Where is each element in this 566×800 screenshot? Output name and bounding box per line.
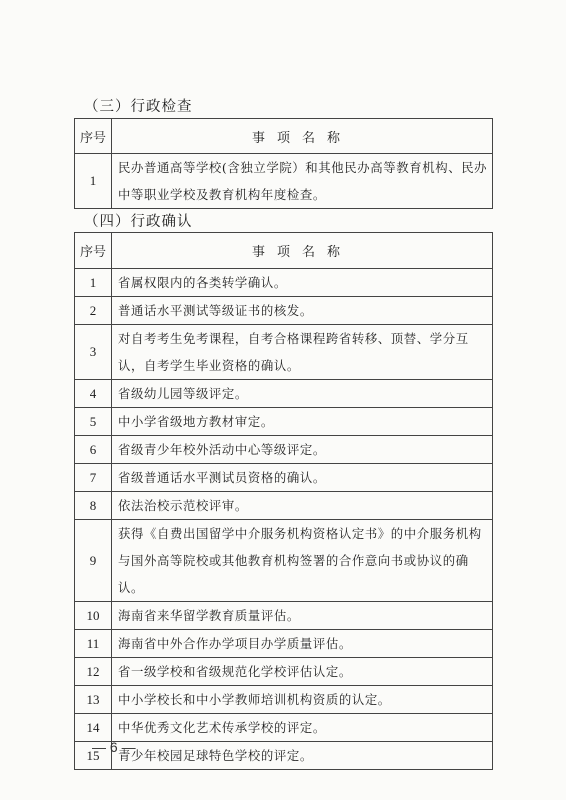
table-row: 5 中小学省级地方教材审定。 <box>75 408 493 436</box>
table-header-row: 序号 事项名称 <box>75 119 493 154</box>
row-number: 6 <box>75 436 112 464</box>
row-number: 14 <box>75 714 112 742</box>
table-row: 13 中小学校长和中小学教师培训机构资质的认定。 <box>75 686 493 714</box>
table-row: 10 海南省来华留学教育质量评估。 <box>75 602 493 630</box>
row-item-name: 中华优秀文化艺术传承学校的评定。 <box>112 714 493 742</box>
row-number: 2 <box>75 297 112 325</box>
row-number: 9 <box>75 520 112 602</box>
table-row: 3 对自考考生免考课程，自考合格课程跨省转移、顶替、学分互认，自考学生毕业资格的… <box>75 325 493 380</box>
section-title-administrative-confirmation: （四）行政确认 <box>84 210 193 231</box>
document-page: （三）行政检查 序号 事项名称 1 民办普通高等学校(含独立学院）和其他民办高等… <box>0 0 566 800</box>
section-title-administrative-inspection: （三）行政检查 <box>84 95 193 116</box>
table-header-row: 序号 事项名称 <box>75 233 493 269</box>
row-number: 4 <box>75 380 112 408</box>
column-header-number: 序号 <box>75 233 112 269</box>
table-row: 6 省级青少年校外活动中心等级评定。 <box>75 436 493 464</box>
row-number: 13 <box>75 686 112 714</box>
row-number: 10 <box>75 602 112 630</box>
row-item-name: 青少年校园足球特色学校的评定。 <box>112 742 493 770</box>
administrative-confirmation-table: 序号 事项名称 1 省属权限内的各类转学确认。 2 普通话水平测试等级证书的核发… <box>74 232 493 770</box>
row-item-name: 中小学省级地方教材审定。 <box>112 408 493 436</box>
column-header-item-name: 事项名称 <box>112 119 493 154</box>
row-item-name: 省级普通话水平测试员资格的确认。 <box>112 464 493 492</box>
table-row: 15 青少年校园足球特色学校的评定。 <box>75 742 493 770</box>
row-item-name: 对自考考生免考课程，自考合格课程跨省转移、顶替、学分互认，自考学生毕业资格的确认… <box>112 325 493 380</box>
table-row: 7 省级普通话水平测试员资格的确认。 <box>75 464 493 492</box>
table-row: 1 民办普通高等学校(含独立学院）和其他民办高等教育机构、民办中等职业学校及教育… <box>75 154 493 209</box>
column-header-item-name: 事项名称 <box>112 233 493 269</box>
row-item-name: 省属权限内的各类转学确认。 <box>112 269 493 297</box>
row-number: 3 <box>75 325 112 380</box>
table-row: 14 中华优秀文化艺术传承学校的评定。 <box>75 714 493 742</box>
table-row: 8 依法治校示范校评审。 <box>75 492 493 520</box>
administrative-inspection-table: 序号 事项名称 1 民办普通高等学校(含独立学院）和其他民办高等教育机构、民办中… <box>74 118 493 209</box>
row-item-name: 获得《自费出国留学中介服务机构资格认定书》的中介服务机构与国外高等院校或其他教育… <box>112 520 493 602</box>
table-row: 12 省一级学校和省级规范化学校评估认定。 <box>75 658 493 686</box>
row-item-name: 普通话水平测试等级证书的核发。 <box>112 297 493 325</box>
row-number: 11 <box>75 630 112 658</box>
row-number: 8 <box>75 492 112 520</box>
row-item-name: 省一级学校和省级规范化学校评估认定。 <box>112 658 493 686</box>
row-number: 7 <box>75 464 112 492</box>
row-item-name: 海南省来华留学教育质量评估。 <box>112 602 493 630</box>
row-item-name: 省级青少年校外活动中心等级评定。 <box>112 436 493 464</box>
row-number: 1 <box>75 154 112 209</box>
row-item-name: 中小学校长和中小学教师培训机构资质的认定。 <box>112 686 493 714</box>
column-header-number: 序号 <box>75 119 112 154</box>
row-number: 5 <box>75 408 112 436</box>
row-number: 12 <box>75 658 112 686</box>
page-number: — 6 — <box>92 739 136 755</box>
table-row: 1 省属权限内的各类转学确认。 <box>75 269 493 297</box>
row-number: 1 <box>75 269 112 297</box>
table-row: 2 普通话水平测试等级证书的核发。 <box>75 297 493 325</box>
row-item-name: 依法治校示范校评审。 <box>112 492 493 520</box>
row-item-name: 民办普通高等学校(含独立学院）和其他民办高等教育机构、民办中等职业学校及教育机构… <box>112 154 493 209</box>
table-row: 11 海南省中外合作办学项目办学质量评估。 <box>75 630 493 658</box>
table-row: 4 省级幼儿园等级评定。 <box>75 380 493 408</box>
table-row: 9 获得《自费出国留学中介服务机构资格认定书》的中介服务机构与国外高等院校或其他… <box>75 520 493 602</box>
row-item-name: 海南省中外合作办学项目办学质量评估。 <box>112 630 493 658</box>
row-item-name: 省级幼儿园等级评定。 <box>112 380 493 408</box>
